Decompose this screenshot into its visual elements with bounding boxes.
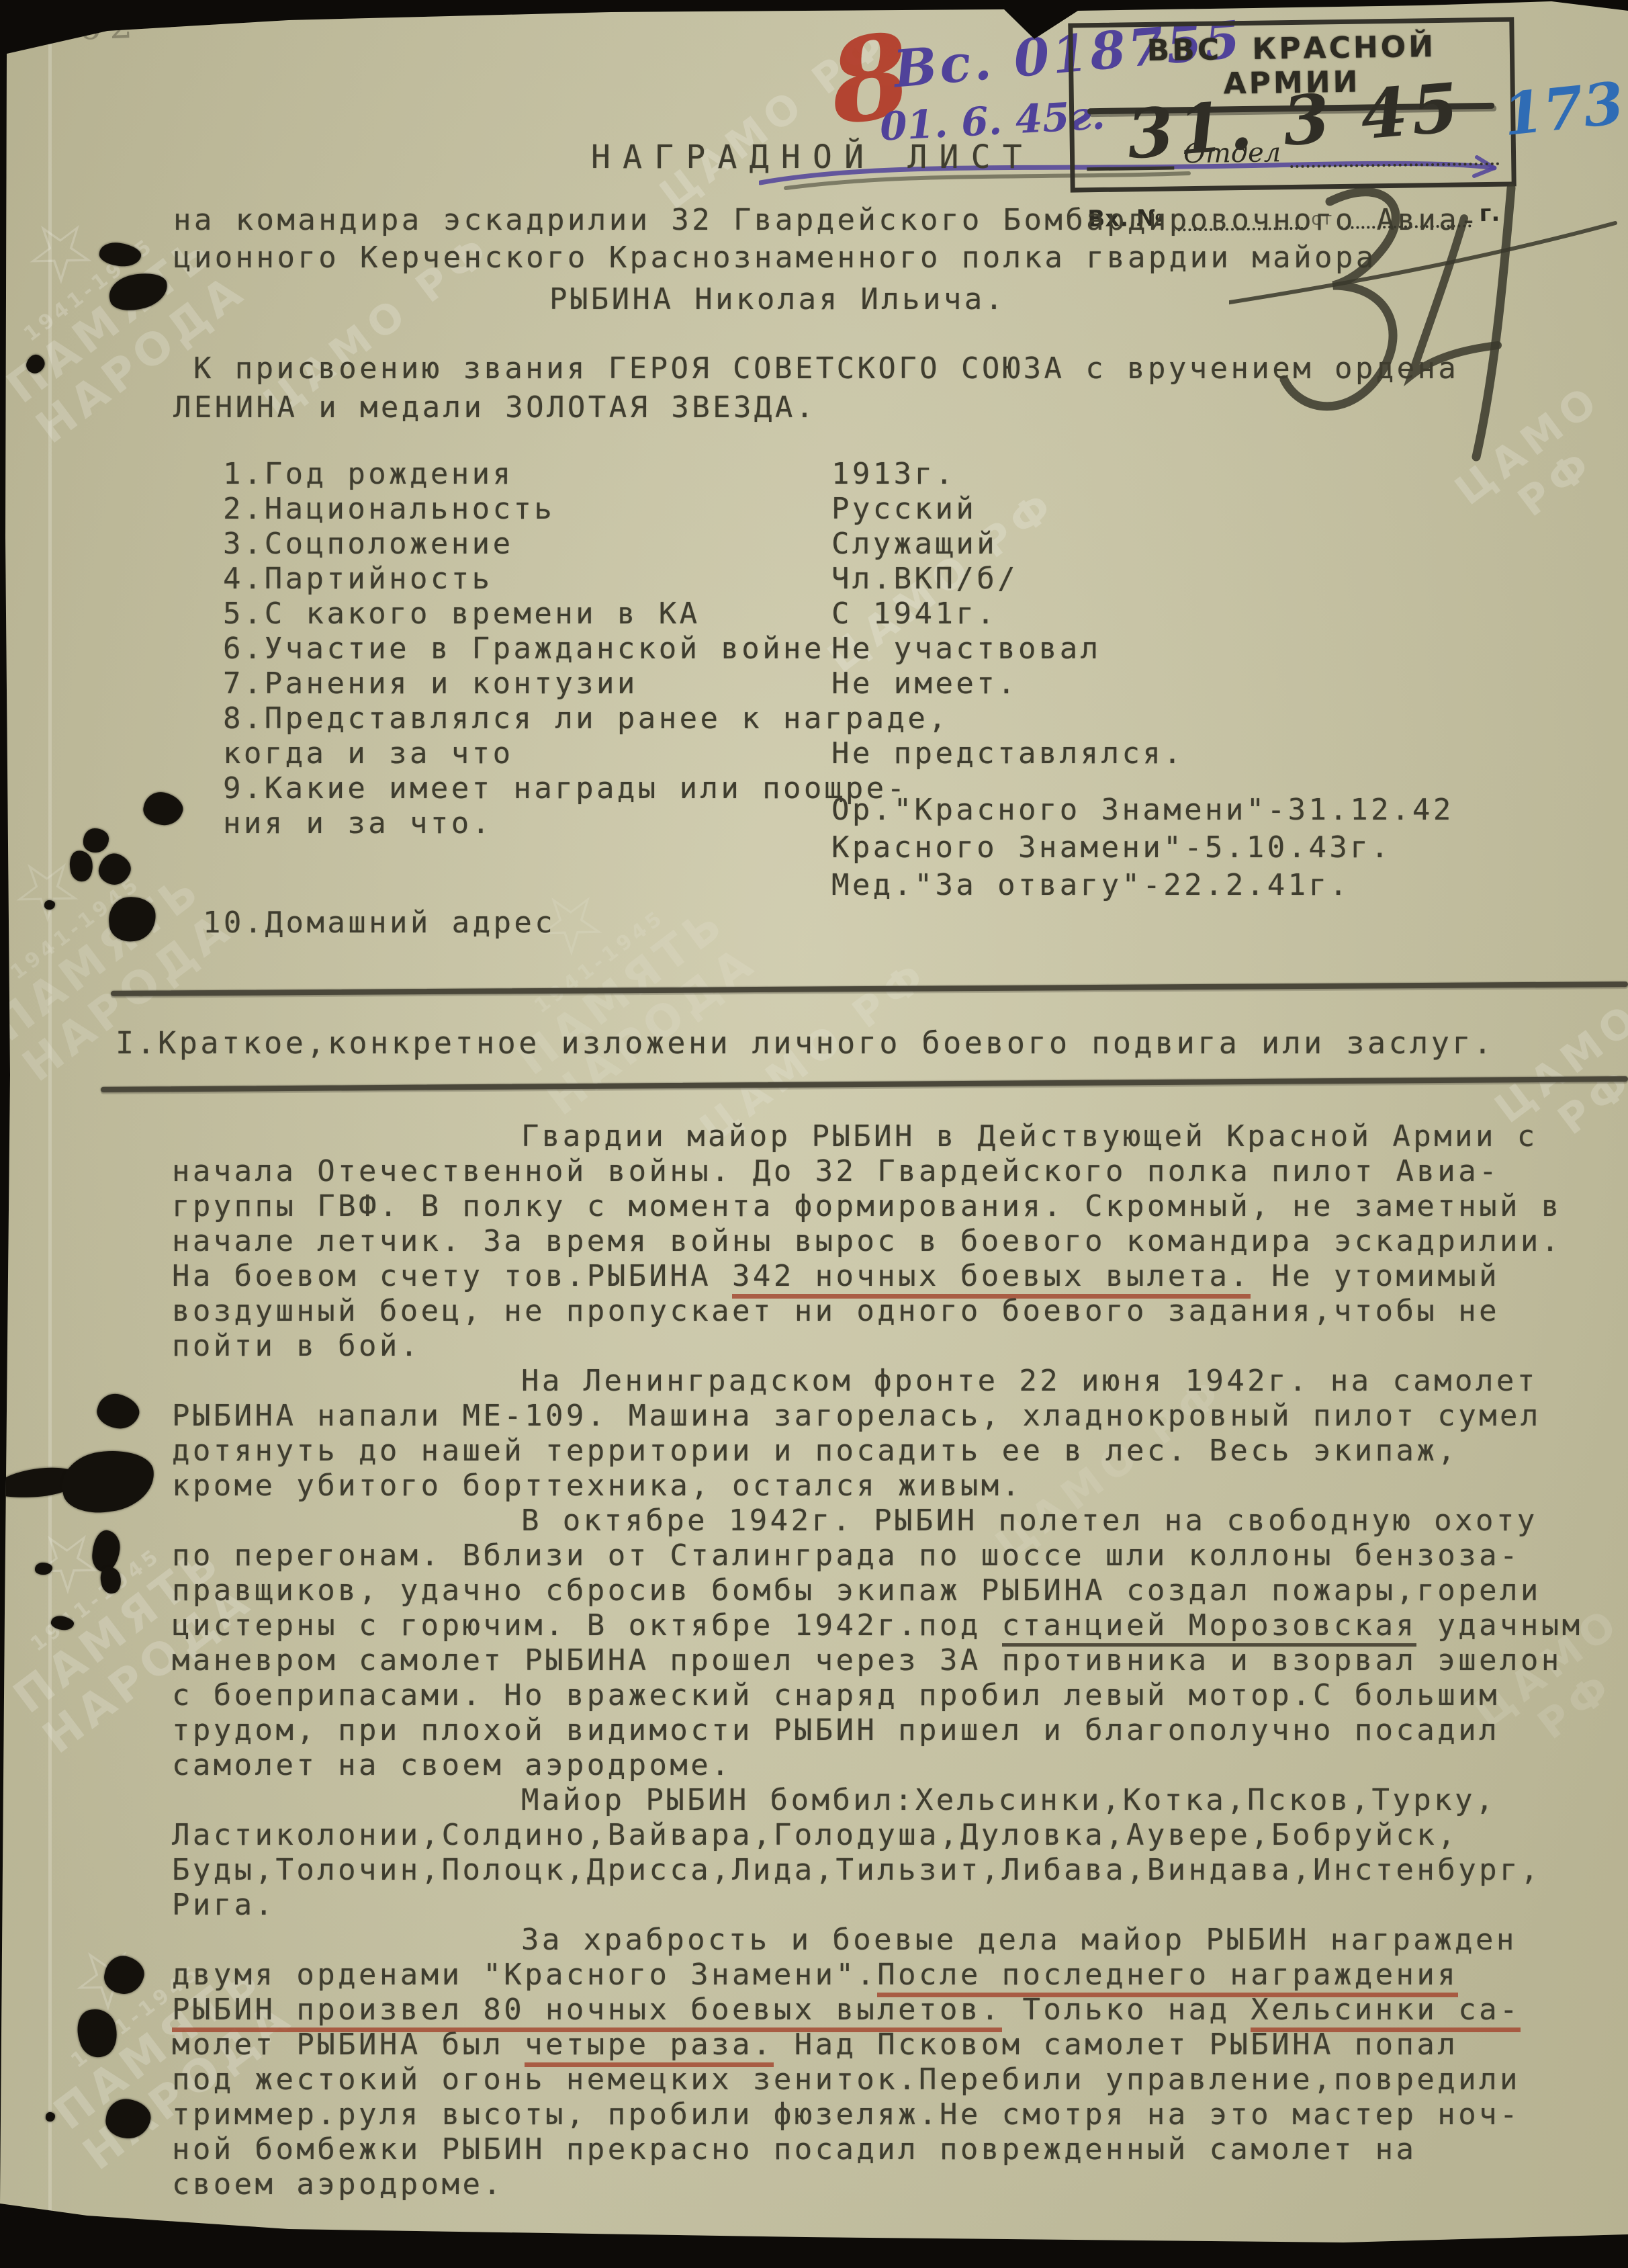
pencil-page-number: 262 — [46, 4, 141, 50]
field-row: 3.Соцположение Служащий — [0, 527, 1628, 562]
combat-record-text: Гвардии майор РЫБИН в Действующей Красно… — [172, 1119, 1628, 2202]
red-underlined-phrase: 342 ночных боевых вылета. — [732, 1259, 1251, 1299]
field-label: Участие в Гражданской войне — [265, 631, 825, 666]
field-row: 9.Какие имеет награды или поощре- ния и … — [0, 771, 1628, 906]
ink-blot — [24, 352, 47, 376]
field-number: 6. — [223, 631, 265, 666]
horizontal-rule — [101, 1076, 1628, 1092]
ink-blot — [106, 268, 171, 314]
field-row: 7.Ранения и контузии Не имеет. — [0, 666, 1628, 701]
field-value: Не участвовал — [831, 631, 1101, 666]
field-row: 5.С какого времени в КА С 1941г. — [0, 597, 1628, 631]
field-row: 4.Партийность Чл.ВКП/б/ — [0, 562, 1628, 597]
field-label: Ранения и контузии — [265, 666, 638, 701]
ink-blot — [72, 2004, 123, 2061]
field-label: Год рождения — [265, 457, 514, 491]
field-number: 5. — [223, 597, 265, 631]
ink-blot — [58, 1445, 158, 1518]
ink-blot — [98, 241, 142, 269]
personal-data-list: 1.Год рождения 1913г. 2.Национальность Р… — [0, 457, 1628, 941]
section-heading: I.Краткое,конкретное изложени личного бо… — [116, 1025, 1495, 1061]
document-title: НАГРАДНОЙ ЛИСТ — [591, 138, 1034, 176]
field-row: 6.Участие в Гражданской войне Не участво… — [0, 631, 1628, 666]
field-label: Какие имеет награды или поощре- ния и за… — [223, 771, 907, 840]
field-value: Не имеет. — [831, 666, 1018, 701]
field-number: 9. — [223, 771, 265, 805]
paragraph: Майор РЫБИН бомбил:Хельсинки,Котка,Псков… — [172, 1783, 1628, 1923]
ink-blot — [101, 1953, 147, 1998]
paragraph: В октябре 1942г. РЫБИН полетел на свобод… — [172, 1503, 1628, 1783]
field-number: 2. — [223, 492, 265, 526]
nomination-text: К присвоению звания ГЕРОЯ СОВЕТСКОГО СОЮ… — [173, 349, 1624, 427]
field-number: 3. — [223, 527, 265, 561]
field-value: Русский — [831, 492, 977, 527]
paragraph: Гвардии майор РЫБИН в Действующей Красно… — [172, 1119, 1628, 1364]
field-label: С какого времени в КА — [265, 597, 700, 631]
field-number: 8. — [223, 701, 265, 736]
scanned-award-sheet: ☆ 1941-1945 ПАМЯТЬ НАРОДА ☆ 1941-1945 ПА… — [0, 0, 1628, 2268]
field-value-awards: Ор."Красного Знамени"-31.12.42 Красного … — [831, 791, 1454, 904]
ink-underlined-phrase: станцией Морозовская — [1002, 1608, 1417, 1647]
field-label: Домашний адрес — [265, 906, 555, 940]
field-value: 1913г. — [831, 457, 956, 492]
field-row: 8.Представлялся ли ранее к награде, когд… — [0, 701, 1628, 771]
paragraph: На Ленинградском фронте 22 июня 1942г. н… — [172, 1364, 1628, 1503]
paper-sheet: ☆ 1941-1945 ПАМЯТЬ НАРОДА ☆ 1941-1945 ПА… — [0, 0, 1628, 2268]
ink-blot — [46, 2112, 55, 2122]
field-number: 1. — [223, 457, 265, 491]
field-number: 4. — [223, 562, 265, 596]
field-number: 10. — [203, 906, 265, 940]
field-label: Соцположение — [265, 527, 514, 561]
red-underlined-phrase: Хельсинки са- — [1251, 1993, 1521, 2032]
paper-crease — [48, 40, 52, 2217]
blue-page-number: 173 — [1500, 69, 1627, 149]
star-icon: ☆ — [0, 147, 181, 355]
field-label: Национальность — [265, 492, 555, 526]
field-value: Служащий — [831, 527, 997, 562]
field-value: Чл.ВКП/б/ — [831, 562, 1018, 597]
field-value: С 1941г. — [831, 597, 997, 631]
ink-blot — [50, 1614, 75, 1632]
ink-blot — [16, 2217, 27, 2228]
field-row: 2.Национальность Русский — [0, 492, 1628, 527]
field-row: 1.Год рождения 1913г. — [0, 457, 1628, 492]
field-number: 7. — [223, 666, 265, 701]
ink-blot — [93, 1389, 142, 1433]
field-label: Партийность — [265, 562, 493, 596]
ink-blot — [103, 2097, 152, 2142]
field-value: Не представлялся. — [831, 736, 1184, 771]
field-row: 10.Домашний адрес — [0, 906, 1628, 941]
horizontal-rule — [111, 982, 1628, 996]
paragraph: За храбрость и боевые дела майор РЫБИН н… — [172, 1923, 1628, 2202]
red-underlined-phrase: четыре раза. — [525, 2027, 774, 2067]
